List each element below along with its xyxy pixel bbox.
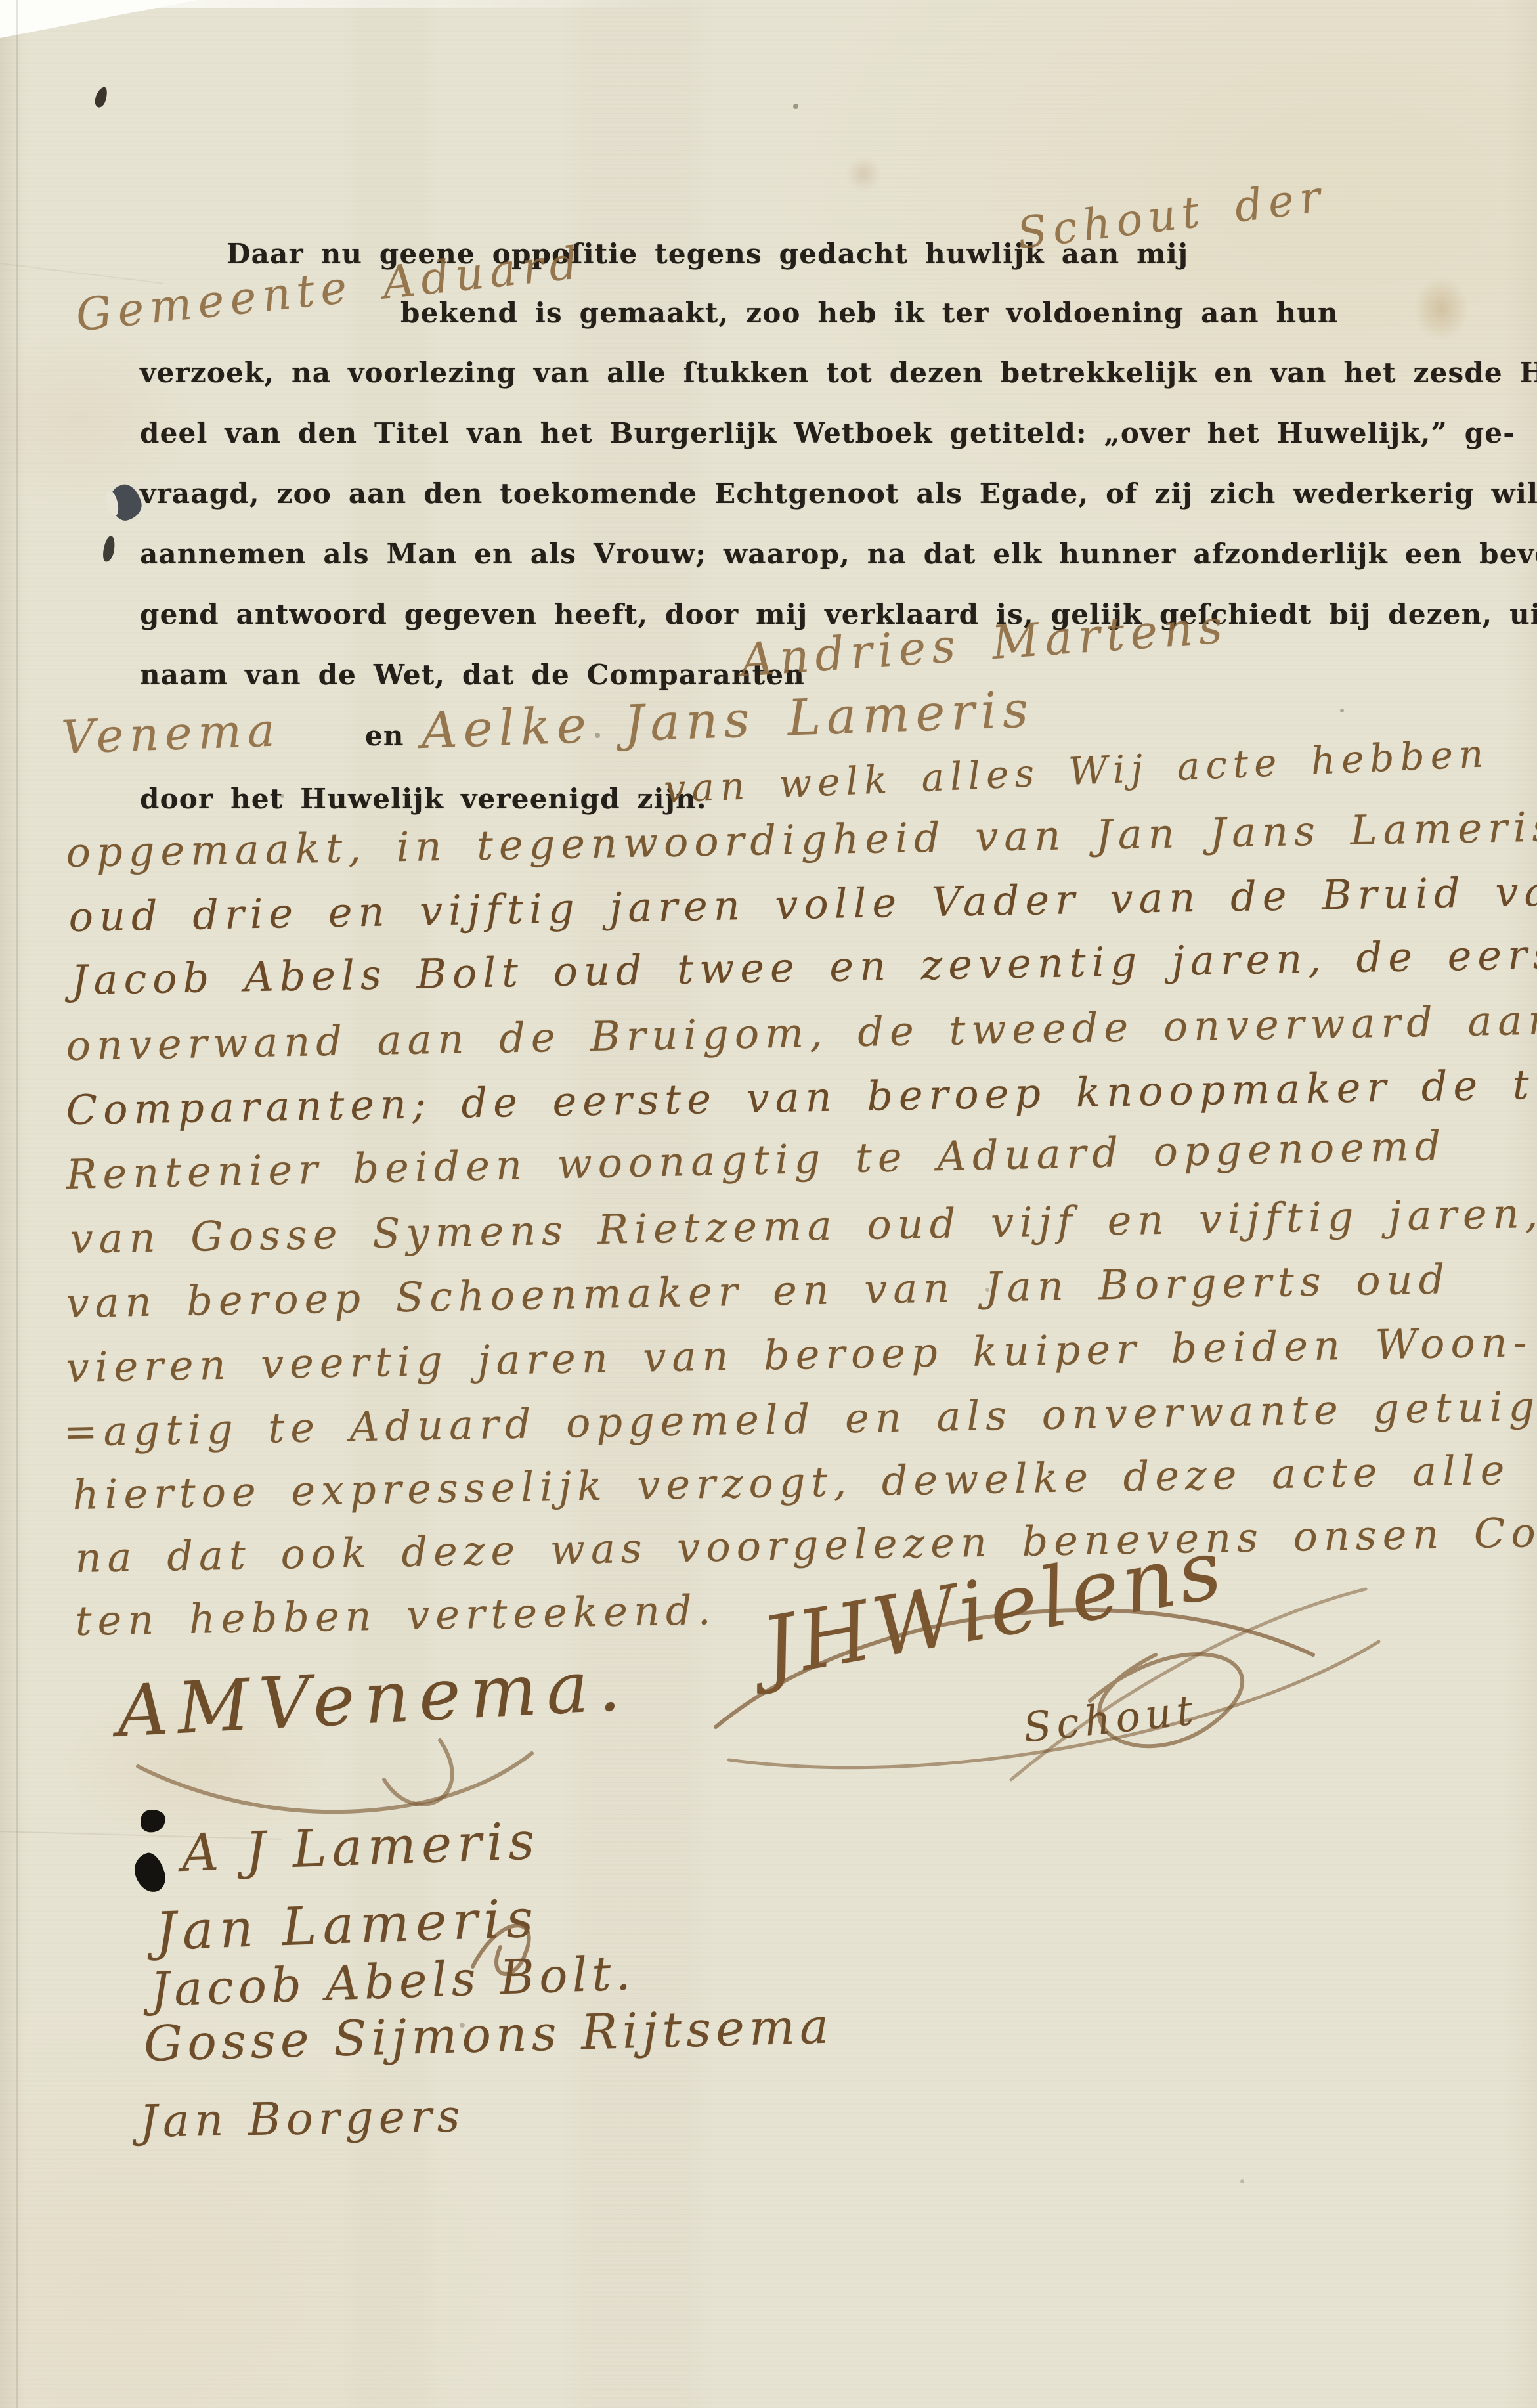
printed-word-en: en	[365, 720, 404, 752]
fill-groom-surname: Venema	[60, 703, 282, 764]
printed-line-3: verzoek, na voorlezing van alle ſtukken …	[140, 357, 1537, 389]
printed-line-4: deel van den Titel van het Burgerlijk We…	[140, 417, 1515, 449]
printed-line-10: door het Huwelijk vereenigd zijn.	[140, 783, 707, 815]
signature-witness-jan-borgers: Jan Borgers	[139, 2090, 465, 2148]
printed-line-6: aannemen als Man en als Vrouw; waarop, n…	[140, 538, 1537, 570]
printed-line-8: naam van de Wet, dat de Comparanten	[140, 659, 805, 691]
dust-specks	[0, 0, 3, 3]
printed-line-7: gend antwoord gegeven heeft, door mij ve…	[140, 598, 1537, 630]
scan-edge-top	[0, 0, 722, 8]
signature-bride: A J Lameris	[181, 1812, 541, 1883]
scanned-marriage-record: { "page": { "kind": "Dutch civil marriag…	[0, 0, 1537, 2408]
left-fold-line	[16, 0, 18, 2408]
printed-line-2: bekend is gemaakt, zoo heb ik ter voldoe…	[400, 297, 1339, 329]
printed-line-5: vraagd, zoo aan den toekomende Echtgenoo…	[140, 477, 1537, 510]
